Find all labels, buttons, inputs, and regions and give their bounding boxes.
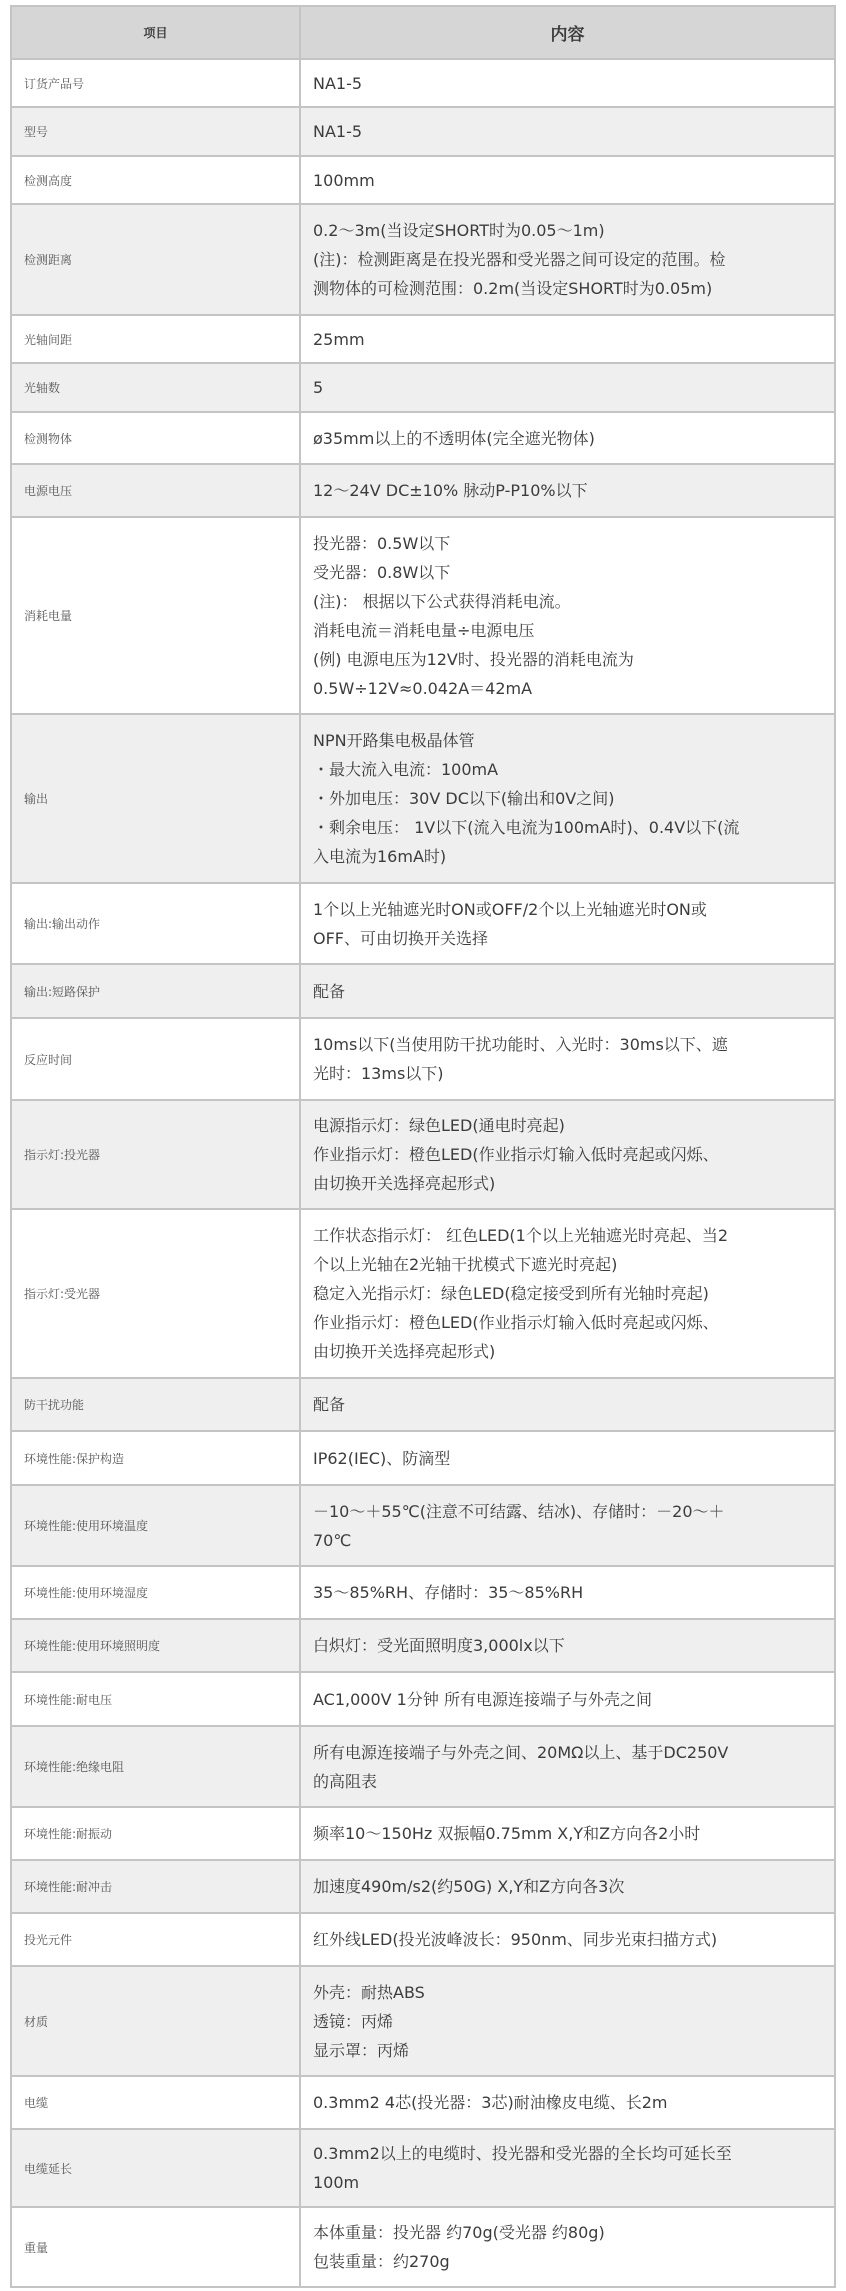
spec-item-label: 订货产品号 [11, 59, 300, 107]
spec-value-line: 个以上光轴在2光轴干扰模式下遮光时亮起) [313, 1250, 826, 1279]
spec-value-line: 所有电源连接端子与外壳之间、20MΩ以上、基于DC250V [313, 1738, 826, 1767]
table-row: 输出:输出动作1个以上光轴遮光时ON或OFF/2个以上光轴遮光时ON或OFF、可… [11, 883, 835, 964]
spec-value-line: 10ms以下(当使用防干扰功能时、入光时：30ms以下、遮 [313, 1030, 826, 1059]
spec-item-label: 检测物体 [11, 412, 300, 464]
table-row: 订货产品号NA1-5 [11, 59, 835, 107]
spec-item-value: 红外线LED(投光波峰波长：950nm、同步光束扫描方式) [300, 1913, 835, 1966]
spec-value-line: 由切换开关选择亮起形式) [313, 1169, 826, 1198]
spec-item-value: 白炽灯：受光面照明度3,000lx以下 [300, 1619, 835, 1672]
spec-item-label: 电缆延长 [11, 2129, 300, 2207]
spec-value-line: 外壳：耐热ABS [313, 1978, 826, 2007]
spec-item-label: 重量 [11, 2207, 300, 2287]
spec-value-line: OFF、可由切换开关选择 [313, 924, 826, 953]
spec-value-line: 100mm [313, 166, 826, 195]
table-row: 反应时间10ms以下(当使用防干扰功能时、入光时：30ms以下、遮光时：13ms… [11, 1018, 835, 1100]
spec-value-line: 受光器：0.8W以下 [313, 558, 826, 587]
table-row: 环境性能:耐振动频率10～150Hz 双振幅0.75mm X,Y和Z方向各2小时 [11, 1807, 835, 1860]
table-row: 光轴间距25mm [11, 315, 835, 363]
spec-item-label: 指示灯:受光器 [11, 1209, 300, 1378]
spec-value-line: ・剩余电压： 1V以下(流入电流为100mA时)、0.4V以下(流 [313, 813, 826, 842]
spec-item-label: 检测高度 [11, 156, 300, 204]
spec-item-label: 检测距离 [11, 204, 300, 315]
spec-value-line: －10～＋55℃(注意不可结露、结冰)、存储时：－20～＋ [313, 1497, 826, 1526]
spec-item-label: 环境性能:保护构造 [11, 1431, 300, 1485]
spec-value-line: AC1,000V 1分钟 所有电源连接端子与外壳之间 [313, 1685, 826, 1714]
spec-value-line: 频率10～150Hz 双振幅0.75mm X,Y和Z方向各2小时 [313, 1819, 826, 1848]
table-row: 检测高度100mm [11, 156, 835, 204]
spec-value-line: (注)：检测距离是在投光器和受光器之间可设定的范围。检 [313, 245, 826, 274]
spec-value-line: 投光器：0.5W以下 [313, 529, 826, 558]
spec-item-label: 消耗电量 [11, 517, 300, 714]
spec-value-line: 0.5W÷12V≈0.042A＝42mA [313, 674, 826, 703]
spec-value-line: 70℃ [313, 1526, 826, 1555]
spec-item-value: 0.3mm2 4芯(投光器：3芯)耐油橡皮电缆、长2m [300, 2076, 835, 2129]
spec-item-label: 光轴数 [11, 363, 300, 412]
spec-item-value: 12～24V DC±10% 脉动P-P10%以下 [300, 464, 835, 517]
spec-table: 项目 内容 订货产品号NA1-5型号NA1-5检测高度100mm检测距离0.2～… [10, 5, 836, 2288]
spec-value-line: 工作状态指示灯： 红色LED(1个以上光轴遮光时亮起、当2 [313, 1221, 826, 1250]
table-header-row: 项目 内容 [11, 6, 835, 59]
spec-item-value: 外壳：耐热ABS透镜：丙烯显示罩：丙烯 [300, 1966, 835, 2076]
table-row: 环境性能:耐电压AC1,000V 1分钟 所有电源连接端子与外壳之间 [11, 1672, 835, 1726]
spec-value-line: 12～24V DC±10% 脉动P-P10%以下 [313, 476, 826, 505]
spec-value-line: 100m [313, 2168, 826, 2197]
spec-item-value: AC1,000V 1分钟 所有电源连接端子与外壳之间 [300, 1672, 835, 1726]
table-body: 订货产品号NA1-5型号NA1-5检测高度100mm检测距离0.2～3m(当设定… [11, 59, 835, 2287]
spec-item-value: NPN开路集电极晶体管・最大流入电流：100mA・外加电压：30V DC以下(输… [300, 714, 835, 883]
spec-item-label: 环境性能:使用环境照明度 [11, 1619, 300, 1672]
spec-item-label: 输出:输出动作 [11, 883, 300, 964]
spec-item-value: 配备 [300, 1378, 835, 1431]
table-row: 光轴数5 [11, 363, 835, 412]
spec-value-line: ・外加电压：30V DC以下(输出和0V之间) [313, 784, 826, 813]
spec-item-value: －10～＋55℃(注意不可结露、结冰)、存储时：－20～＋70℃ [300, 1485, 835, 1566]
spec-item-label: 环境性能:耐冲击 [11, 1860, 300, 1913]
spec-value-line: 0.2～3m(当设定SHORT时为0.05～1m) [313, 216, 826, 245]
table-row: 环境性能:使用环境湿度35～85%RH、存储时：35～85%RH [11, 1566, 835, 1619]
spec-item-value: 10ms以下(当使用防干扰功能时、入光时：30ms以下、遮光时：13ms以下) [300, 1018, 835, 1100]
spec-item-value: 5 [300, 363, 835, 412]
spec-value-line: 作业指示灯：橙色LED(作业指示灯输入低时亮起或闪烁、 [313, 1140, 826, 1169]
spec-item-value: IP62(IEC)、防滴型 [300, 1431, 835, 1485]
spec-value-line: 配备 [313, 977, 826, 1006]
spec-value-line: 入电流为16mA时) [313, 842, 826, 871]
spec-value-line: 由切换开关选择亮起形式) [313, 1337, 826, 1366]
spec-item-label: 输出:短路保护 [11, 964, 300, 1018]
spec-item-value: 工作状态指示灯： 红色LED(1个以上光轴遮光时亮起、当2个以上光轴在2光轴干扰… [300, 1209, 835, 1378]
spec-item-label: 型号 [11, 107, 300, 156]
spec-value-line: 0.3mm2 4芯(投光器：3芯)耐油橡皮电缆、长2m [313, 2088, 826, 2117]
spec-value-line: 35～85%RH、存储时：35～85%RH [313, 1578, 826, 1607]
table-row: 防干扰功能配备 [11, 1378, 835, 1431]
table-row: 电缆延长0.3mm2以上的电缆时、投光器和受光器的全长均可延长至100m [11, 2129, 835, 2207]
column-header-content: 内容 [300, 6, 835, 59]
spec-item-label: 环境性能:耐振动 [11, 1807, 300, 1860]
spec-value-line: 光时：13ms以下) [313, 1059, 826, 1088]
spec-item-value: ø35mm以上的不透明体(完全遮光物体) [300, 412, 835, 464]
spec-value-line: 电源指示灯：绿色LED(通电时亮起) [313, 1111, 826, 1140]
spec-item-value: 本体重量：投光器 约70g(受光器 约80g)包装重量：约270g [300, 2207, 835, 2287]
spec-value-line: 作业指示灯：橙色LED(作业指示灯输入低时亮起或闪烁、 [313, 1308, 826, 1337]
spec-value-line: 的高阻表 [313, 1767, 826, 1796]
spec-value-line: ø35mm以上的不透明体(完全遮光物体) [313, 424, 826, 453]
table-row: 电缆0.3mm2 4芯(投光器：3芯)耐油橡皮电缆、长2m [11, 2076, 835, 2129]
spec-value-line: 25mm [313, 325, 826, 354]
table-row: 重量本体重量：投光器 约70g(受光器 约80g)包装重量：约270g [11, 2207, 835, 2287]
spec-value-line: (例) 电源电压为12V时、投光器的消耗电流为 [313, 645, 826, 674]
spec-value-line: 0.3mm2以上的电缆时、投光器和受光器的全长均可延长至 [313, 2139, 826, 2168]
spec-value-line: 透镜：丙烯 [313, 2007, 826, 2036]
spec-item-label: 光轴间距 [11, 315, 300, 363]
table-row: 指示灯:投光器电源指示灯：绿色LED(通电时亮起)作业指示灯：橙色LED(作业指… [11, 1100, 835, 1209]
spec-item-value: 1个以上光轴遮光时ON或OFF/2个以上光轴遮光时ON或OFF、可由切换开关选择 [300, 883, 835, 964]
spec-item-label: 投光元件 [11, 1913, 300, 1966]
spec-value-line: 包装重量：约270g [313, 2247, 826, 2276]
spec-item-value: 频率10～150Hz 双振幅0.75mm X,Y和Z方向各2小时 [300, 1807, 835, 1860]
table-row: 检测物体ø35mm以上的不透明体(完全遮光物体) [11, 412, 835, 464]
spec-value-line: 加速度490m/s2(约50G) X,Y和Z方向各3次 [313, 1872, 826, 1901]
table-row: 输出NPN开路集电极晶体管・最大流入电流：100mA・外加电压：30V DC以下… [11, 714, 835, 883]
spec-item-value: 所有电源连接端子与外壳之间、20MΩ以上、基于DC250V的高阻表 [300, 1726, 835, 1807]
spec-value-line: 红外线LED(投光波峰波长：950nm、同步光束扫描方式) [313, 1925, 826, 1954]
spec-item-value: 100mm [300, 156, 835, 204]
table-row: 输出:短路保护配备 [11, 964, 835, 1018]
spec-item-label: 环境性能:绝缘电阻 [11, 1726, 300, 1807]
spec-item-label: 电缆 [11, 2076, 300, 2129]
spec-value-line: NA1-5 [313, 117, 826, 146]
table-row: 环境性能:保护构造IP62(IEC)、防滴型 [11, 1431, 835, 1485]
spec-value-line: 5 [313, 373, 826, 402]
spec-value-line: IP62(IEC)、防滴型 [313, 1444, 826, 1473]
spec-value-line: 消耗电流＝消耗电量÷电源电压 [313, 616, 826, 645]
spec-value-line: 显示罩：丙烯 [313, 2036, 826, 2065]
spec-item-label: 材质 [11, 1966, 300, 2076]
table-row: 指示灯:受光器工作状态指示灯： 红色LED(1个以上光轴遮光时亮起、当2个以上光… [11, 1209, 835, 1378]
spec-item-value: 投光器：0.5W以下受光器：0.8W以下(注)： 根据以下公式获得消耗电流。消耗… [300, 517, 835, 714]
spec-item-label: 指示灯:投光器 [11, 1100, 300, 1209]
spec-value-line: 配备 [313, 1390, 826, 1419]
spec-item-value: 加速度490m/s2(约50G) X,Y和Z方向各3次 [300, 1860, 835, 1913]
table-row: 消耗电量投光器：0.5W以下受光器：0.8W以下(注)： 根据以下公式获得消耗电… [11, 517, 835, 714]
table-row: 电源电压12～24V DC±10% 脉动P-P10%以下 [11, 464, 835, 517]
spec-value-line: NA1-5 [313, 69, 826, 98]
spec-value-line: 1个以上光轴遮光时ON或OFF/2个以上光轴遮光时ON或 [313, 895, 826, 924]
table-row: 投光元件红外线LED(投光波峰波长：950nm、同步光束扫描方式) [11, 1913, 835, 1966]
spec-item-value: 0.2～3m(当设定SHORT时为0.05～1m)(注)：检测距离是在投光器和受… [300, 204, 835, 315]
table-row: 环境性能:使用环境照明度白炽灯：受光面照明度3,000lx以下 [11, 1619, 835, 1672]
spec-value-line: (注)： 根据以下公式获得消耗电流。 [313, 587, 826, 616]
spec-item-label: 环境性能:使用环境温度 [11, 1485, 300, 1566]
table-row: 材质外壳：耐热ABS透镜：丙烯显示罩：丙烯 [11, 1966, 835, 2076]
spec-item-label: 电源电压 [11, 464, 300, 517]
spec-value-line: NPN开路集电极晶体管 [313, 726, 826, 755]
spec-item-label: 输出 [11, 714, 300, 883]
spec-item-value: 0.3mm2以上的电缆时、投光器和受光器的全长均可延长至100m [300, 2129, 835, 2207]
spec-item-value: 配备 [300, 964, 835, 1018]
table-row: 检测距离0.2～3m(当设定SHORT时为0.05～1m)(注)：检测距离是在投… [11, 204, 835, 315]
spec-item-value: NA1-5 [300, 59, 835, 107]
spec-item-value: 35～85%RH、存储时：35～85%RH [300, 1566, 835, 1619]
spec-item-label: 环境性能:使用环境湿度 [11, 1566, 300, 1619]
column-header-item: 项目 [11, 6, 300, 59]
spec-value-line: 稳定入光指示灯：绿色LED(稳定接受到所有光轴时亮起) [313, 1279, 826, 1308]
spec-value-line: 白炽灯：受光面照明度3,000lx以下 [313, 1631, 826, 1660]
spec-item-value: NA1-5 [300, 107, 835, 156]
spec-item-label: 防干扰功能 [11, 1378, 300, 1431]
spec-item-value: 电源指示灯：绿色LED(通电时亮起)作业指示灯：橙色LED(作业指示灯输入低时亮… [300, 1100, 835, 1209]
spec-item-value: 25mm [300, 315, 835, 363]
table-row: 环境性能:绝缘电阻所有电源连接端子与外壳之间、20MΩ以上、基于DC250V的高… [11, 1726, 835, 1807]
table-row: 环境性能:使用环境温度－10～＋55℃(注意不可结露、结冰)、存储时：－20～＋… [11, 1485, 835, 1566]
spec-value-line: ・最大流入电流：100mA [313, 755, 826, 784]
spec-item-label: 环境性能:耐电压 [11, 1672, 300, 1726]
table-row: 环境性能:耐冲击加速度490m/s2(约50G) X,Y和Z方向各3次 [11, 1860, 835, 1913]
table-row: 型号NA1-5 [11, 107, 835, 156]
spec-value-line: 本体重量：投光器 约70g(受光器 约80g) [313, 2218, 826, 2247]
spec-item-label: 反应时间 [11, 1018, 300, 1100]
spec-value-line: 测物体的可检测范围：0.2m(当设定SHORT时为0.05m) [313, 274, 826, 303]
